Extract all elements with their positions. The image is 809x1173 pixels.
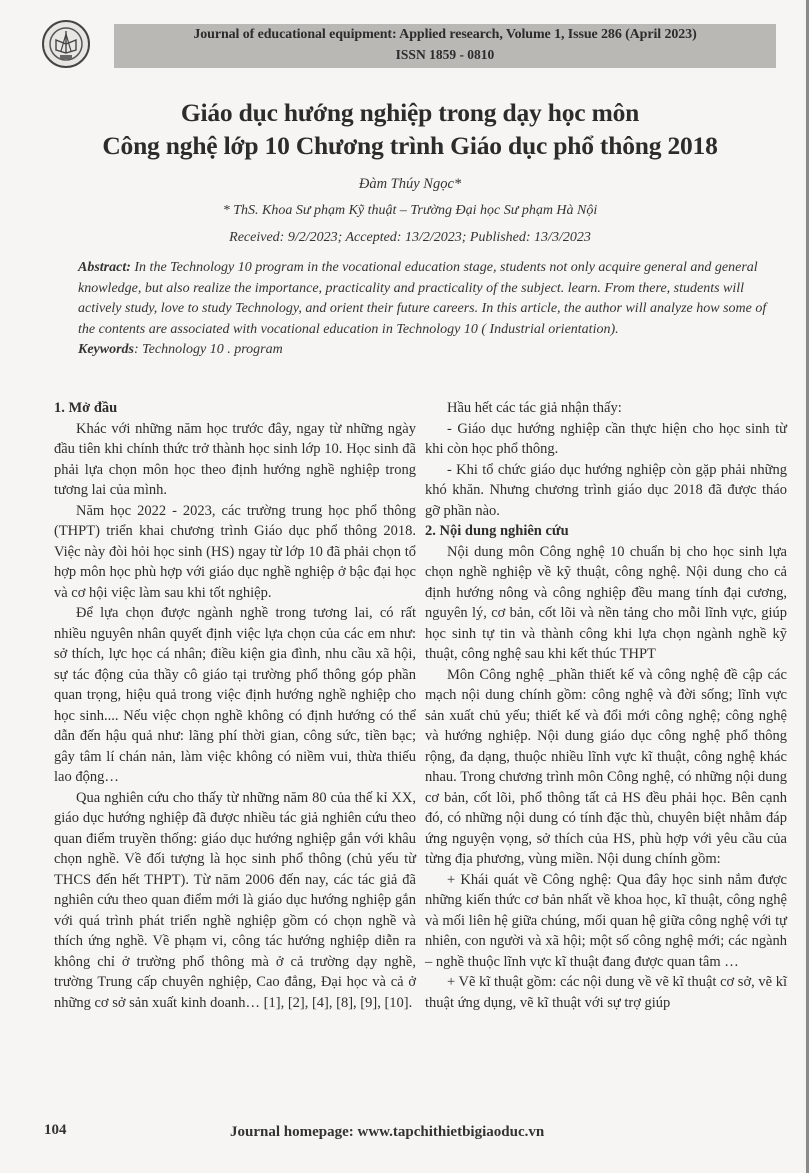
paragraph: Khác với những năm học trước đây, ngay t… xyxy=(54,419,416,501)
paragraph: Để lựa chọn được ngành nghề trong tương … xyxy=(54,603,416,788)
paragraph: Nội dung môn Công nghệ 10 chuẩn bị cho h… xyxy=(425,542,787,665)
abstract-label: Abstract: xyxy=(78,260,131,275)
paragraph: Năm học 2022 - 2023, các trường trung họ… xyxy=(54,501,416,604)
article-dates: Received: 9/2/2023; Accepted: 13/2/2023;… xyxy=(40,230,780,246)
section-heading-intro: 1. Mở đầu xyxy=(54,398,416,419)
journal-citation: Journal of educational equipment: Applie… xyxy=(114,27,776,43)
paragraph: + Vẽ kĩ thuật gồm: các nội dung về vẽ kĩ… xyxy=(425,972,787,1013)
article-title: Giáo dục hướng nghiệp trong dạy học môn … xyxy=(40,96,780,162)
paragraph: Môn Công nghệ _phần thiết kế và công ngh… xyxy=(425,665,787,870)
author: Đàm Thúy Ngọc* xyxy=(40,176,780,193)
abstract-text: In the Technology 10 program in the voca… xyxy=(78,260,766,337)
right-column: Hầu hết các tác giả nhận thấy: - Giáo dụ… xyxy=(425,398,787,1013)
issn: ISSN 1859 - 0810 xyxy=(114,47,776,63)
paragraph: Qua nghiên cứu cho thấy từ những năm 80 … xyxy=(54,788,416,1014)
left-column: 1. Mở đầu Khác với những năm học trước đ… xyxy=(54,398,416,1013)
journal-banner: Journal of educational equipment: Applie… xyxy=(114,24,776,68)
section-heading-research: 2. Nội dung nghiên cứu xyxy=(425,521,787,542)
bullet-paragraph: - Khi tổ chức giáo dục hướng nghiệp còn … xyxy=(425,460,787,522)
paragraph: + Khái quát về Công nghệ: Qua đây học si… xyxy=(425,870,787,973)
journal-logo-icon xyxy=(42,20,90,68)
paragraph: Hầu hết các tác giả nhận thấy: xyxy=(425,398,787,419)
keywords-label: Keywords xyxy=(78,342,134,357)
journal-header: Journal of educational equipment: Applie… xyxy=(38,18,778,74)
title-line-2: Công nghệ lớp 10 Chương trình Giáo dục p… xyxy=(40,129,780,162)
journal-homepage-link[interactable]: Journal homepage: www.tapchithietbigiaod… xyxy=(230,1124,544,1141)
affiliation: * ThS. Khoa Sư phạm Kỹ thuật – Trường Đạ… xyxy=(40,203,780,219)
abstract: Abstract: In the Technology 10 program i… xyxy=(78,258,778,361)
page-number: 104 xyxy=(44,1122,67,1139)
title-line-1: Giáo dục hướng nghiệp trong dạy học môn xyxy=(40,96,780,129)
bullet-paragraph: - Giáo dục hướng nghiệp cần thực hiện ch… xyxy=(425,419,787,460)
keywords-text: : Technology 10 . program xyxy=(134,342,283,357)
